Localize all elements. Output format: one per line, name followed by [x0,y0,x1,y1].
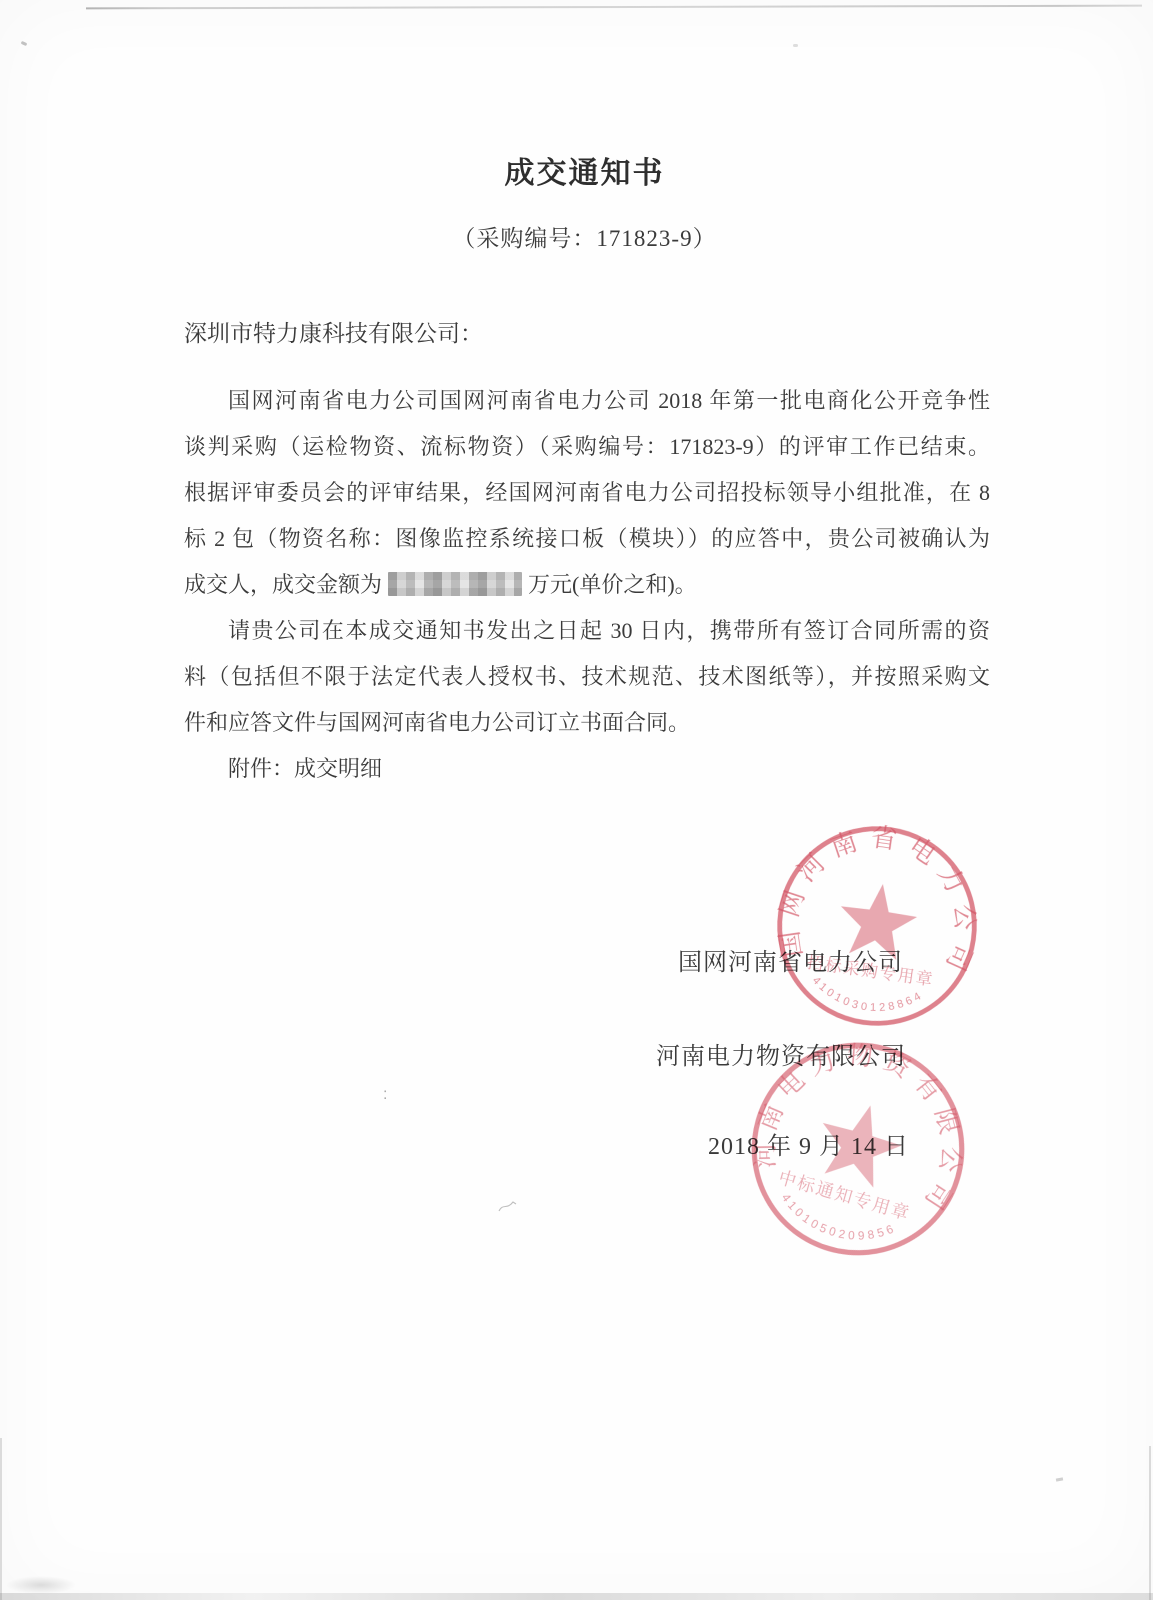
paragraph1-line4: 标 2 包（物资名称：图像监控系统接口板（模块））的应答中，贵公司被确认为 [184,516,990,562]
scanned-award-notice-page: : 成交通知书 （采购编号：171823-9） 深圳市特力康科技有限公司： 国网… [0,0,1153,1600]
paragraph2-line3: 件和应答文件与国网河南省电力公司订立书面合同。 [184,700,990,746]
scan-artifact [1056,1477,1063,1481]
scan-artifact: : [383,1086,387,1104]
scan-artifact [793,44,798,47]
signature-date: 2018 年 9 月 14 日 [708,1130,909,1164]
scan-artifact [498,1200,518,1219]
amount-suffix: 万元(单价之和)。 [528,572,697,597]
svg-text:4101030128864: 4101030128864 [807,974,928,1022]
paragraph1-line2: 谈判采购（运检物资、流标物资）（采购编号：171823-9）的评审工作已结束。 [184,424,990,470]
redacted-amount-mosaic [388,572,522,596]
scan-artifact [0,1438,2,1600]
scan-artifact [1149,1446,1151,1600]
stamp-ring-border [767,816,987,1036]
stamp-serial-number: 4101030128864 [807,974,928,1022]
scan-artifact [21,41,28,46]
paragraph1-line5: 成交人，成交金额为万元(单价之和)。 [184,562,990,608]
stamp-serial-number: 4101050209856 [772,1188,901,1256]
scan-artifact [6,1576,76,1594]
red-seal-stamp-1: 国网河南省电力公司 招标采购专用章 4101030128864 [757,806,996,1045]
amount-prefix: 成交人，成交金额为 [184,572,382,597]
scan-artifact [0,1593,1153,1600]
recipient-company-salutation: 深圳市特力康科技有限公司： [184,318,483,350]
document-title: 成交通知书 [8,148,1153,192]
svg-text:4101050209856: 4101050209856 [772,1188,901,1256]
paragraph1-line1: 国网河南省电力公司国网河南省电力公司 2018 年第一批电商化公开竞争性 [184,378,990,424]
signature-company-1: 国网河南省电力公司 [678,946,903,980]
paragraph2-line1: 请贵公司在本成交通知书发出之日起 30 日内，携带所有签订合同所需的资 [184,608,990,654]
signature-company-2: 河南电力物资有限公司 [656,1040,906,1074]
paragraph1-line3: 根据评审委员会的评审结果，经国网河南省电力公司招投标领导小组批准，在 8 [184,470,990,516]
procurement-number-line: （采购编号：171823-9） [8,220,1153,253]
attachment-line: 附件：成交明细 [184,746,990,792]
paragraph2-line2: 料（包括但不限于法定代表人授权书、技术规范、技术图纸等），并按照采购文 [184,654,990,700]
scan-artifact [86,5,1142,10]
body-text: 国网河南省电力公司国网河南省电力公司 2018 年第一批电商化公开竞争性 谈判采… [184,378,990,792]
stamp-banner-text: 中标通知专用章 [776,1167,913,1224]
